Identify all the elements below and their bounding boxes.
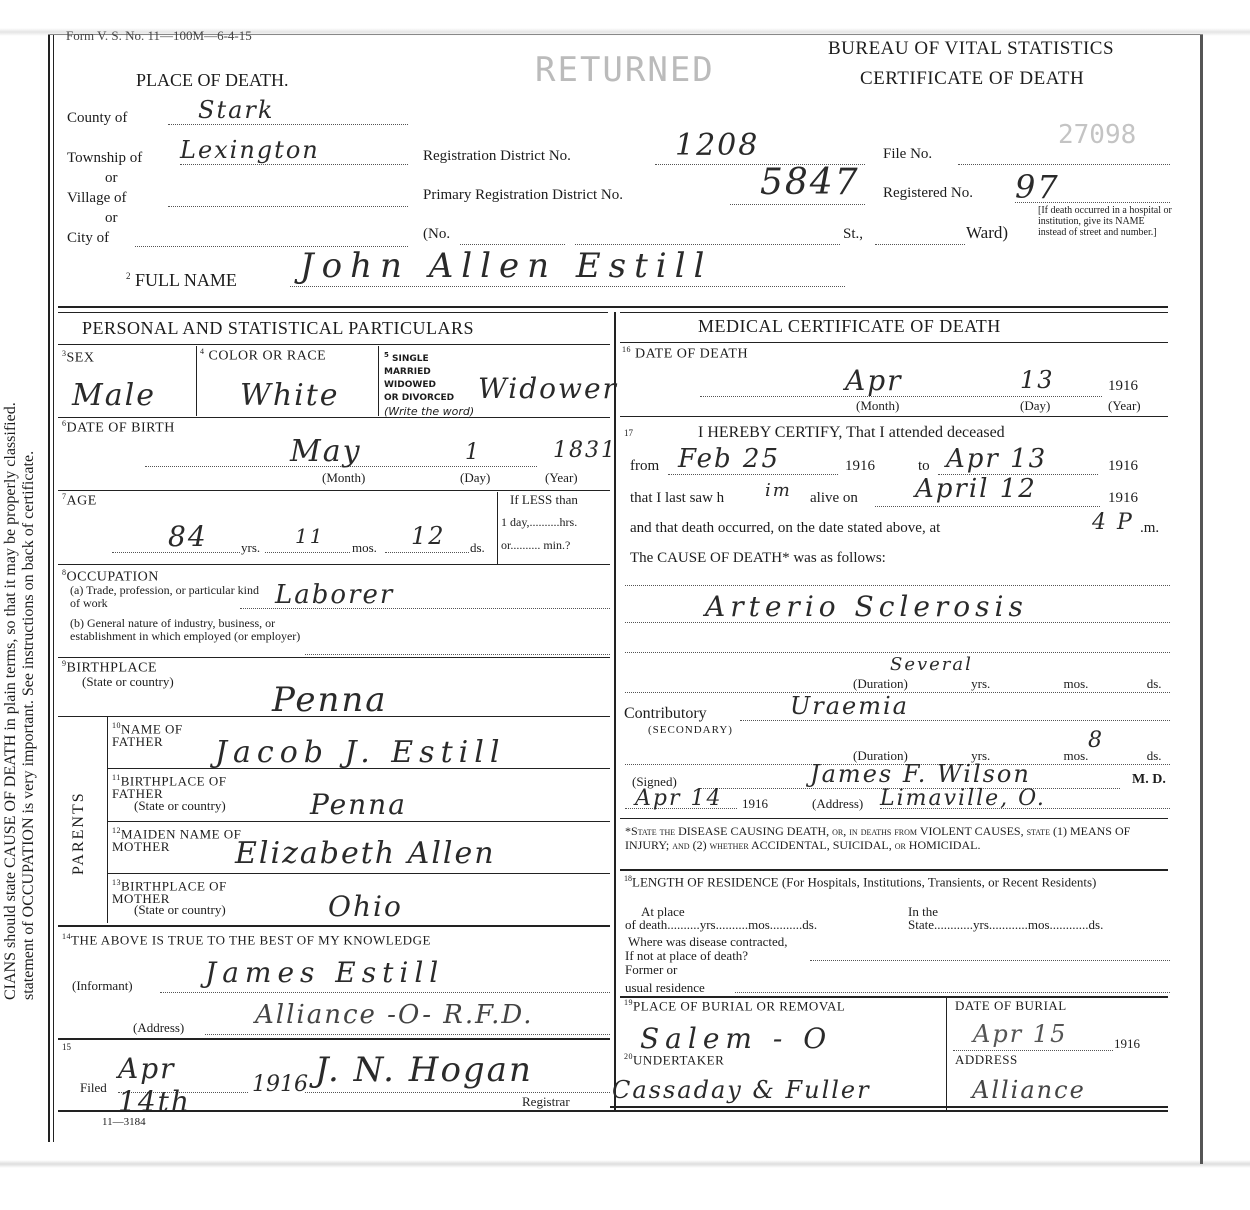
personal-heading: PERSONAL AND STATISTICAL PARTICULARS [82, 318, 474, 339]
sex-label-text: SEX [67, 351, 95, 366]
item-number: 16 [622, 345, 631, 354]
contributory-label: Contributory [624, 705, 707, 723]
undertaker-value[interactable]: Cassaday & Fuller [612, 1076, 871, 1104]
cause-value: Arterio Sclerosis [705, 590, 1028, 623]
informant-address-value: Alliance -O- R.F.D. [255, 1000, 534, 1030]
filed-year: 1916 [252, 1072, 308, 1097]
race-label: 4 COLOR OR RACE [200, 347, 326, 365]
frame-right [1200, 34, 1203, 1164]
last-saw-pronoun[interactable]: im [765, 480, 792, 501]
age-years-field[interactable]: 84 [112, 520, 240, 553]
burial-year[interactable]: 1916 [1114, 1036, 1140, 1052]
duration-mos-label: mos. [1064, 676, 1089, 691]
undertaker-label-text: UNDERTAKER [633, 1052, 724, 1067]
occupation-a-value: Laborer [275, 580, 394, 610]
village-label: Village of [67, 190, 127, 207]
attended-from-year[interactable]: 1916 [845, 458, 875, 475]
burial-place-label-text: PLACE OF BURIAL OR REMOVAL [633, 998, 845, 1013]
rule [620, 869, 1168, 871]
city-label: City of [67, 230, 109, 247]
rule [58, 490, 610, 491]
item-number: 5 [384, 351, 389, 359]
marital-value[interactable]: Widower [478, 372, 618, 405]
hospital-note: [If death occurred in a hospital or inst… [1038, 205, 1173, 238]
cause-line-3 [625, 640, 1170, 653]
item-number: 20 [624, 1052, 633, 1061]
informant-address-field[interactable]: Alliance -O- R.F.D. [205, 1000, 610, 1035]
rule [378, 346, 379, 416]
duration-label: (Duration) [853, 676, 908, 691]
ds-label: ds. [470, 540, 485, 556]
attended-to-value: Apr 13 [946, 444, 1047, 474]
duration-ds-label: ds. [1147, 676, 1162, 691]
dod-year-caption: (Year) [1108, 398, 1141, 414]
rule [610, 1106, 1168, 1108]
burial-date-label: DATE OF BURIAL [955, 998, 1067, 1014]
dod-day: 13 [1020, 366, 1055, 394]
sign-address-value: Limaville, O. [880, 786, 1046, 811]
or-label-2: or [105, 210, 118, 227]
sign-address-field[interactable]: Limaville, O. [880, 786, 1170, 809]
margin-line-cause: CIANS should state CAUSE OF DEATH in pla… [2, 0, 20, 1000]
secondary-label: (SECONDARY) [648, 724, 733, 736]
occupation-b-field[interactable] [305, 642, 610, 655]
registrar-label: Registrar [522, 1094, 570, 1110]
certificate-title: CERTIFICATE OF DEATH [860, 68, 1084, 90]
scan-artifact-bottom [0, 1160, 1250, 1168]
age-days-field[interactable]: 12 [385, 522, 469, 553]
sign-date-value: Apr 14 [635, 786, 722, 811]
ward-field[interactable] [875, 226, 965, 245]
mos-label: mos. [352, 540, 377, 556]
age-label: 7AGE [62, 492, 97, 510]
last-saw-label: that I last saw h [630, 490, 724, 507]
physician-signature: James F. Wilson [810, 760, 1031, 788]
at-place-of-death-field[interactable]: of death..........yrs..........mos......… [625, 917, 817, 933]
marital-option-divorced: OR DIVORCED [384, 393, 454, 403]
sex-value[interactable]: Male [72, 378, 156, 413]
burial-date-field[interactable]: Apr 15 [953, 1020, 1113, 1051]
full-name-field[interactable]: John Allen Estill [290, 246, 845, 287]
alive-on-field[interactable]: April 12 [875, 474, 1100, 507]
father-birthplace-value[interactable]: Penna [310, 788, 407, 821]
dob-field[interactable]: May 1 [145, 434, 537, 467]
full-name-value: John Allen Estill [300, 246, 712, 286]
rule [620, 818, 1168, 819]
less-than-label: If LESS than [510, 492, 578, 508]
attended-to-year[interactable]: 1916 [1108, 458, 1138, 475]
to-label: to [918, 458, 930, 475]
rule [497, 492, 498, 564]
physician-signature-field[interactable]: James F. Wilson [700, 760, 1120, 789]
form-number: Form V. S. No. 11—100M—6-4-15 [66, 28, 252, 44]
street-no-label: (No. [423, 226, 450, 243]
informant-label: (Informant) [72, 978, 133, 994]
dod-field[interactable]: Apr 13 [700, 364, 1102, 397]
age-months-value: 11 [295, 524, 324, 548]
mother-name-value[interactable]: Elizabeth Allen [235, 836, 496, 871]
rule [108, 821, 610, 822]
item-number: 4 [200, 347, 205, 356]
street-name-field[interactable] [575, 226, 840, 245]
rule [58, 1038, 610, 1040]
rule [620, 416, 1168, 417]
street-no-field[interactable] [460, 226, 565, 245]
place-of-death-heading: PLACE OF DEATH. [136, 70, 289, 91]
frame-left-inner [53, 34, 54, 1142]
rule [58, 657, 610, 658]
burial-place-label: 19PLACE OF BURIAL OR REMOVAL [624, 998, 845, 1014]
dod-label-text: DATE OF DEATH [635, 347, 748, 362]
mother-birthplace-label: 13BIRTHPLACE OF MOTHER [112, 876, 262, 905]
item-number: 2 [126, 271, 131, 281]
rule [58, 564, 610, 565]
column-divider [614, 312, 616, 1112]
one-day-field[interactable]: 1 day,..........hrs. [501, 515, 577, 530]
age-label-text: AGE [67, 494, 97, 509]
alive-on-label: alive on [810, 490, 858, 507]
registrar-signature: J. N. Hogan [315, 1050, 533, 1090]
attended-to-field[interactable]: Apr 13 [938, 444, 1098, 475]
township-field[interactable]: Lexington [180, 136, 408, 165]
village-field[interactable] [168, 186, 408, 207]
rule [58, 344, 610, 345]
father-name-label-text: NAME OF FATHER [112, 721, 183, 749]
marital-options: 5 SINGLE MARRIED WIDOWED OR DIVORCED (Wr… [384, 349, 474, 420]
birthplace-sub: (State or country) [82, 674, 174, 690]
dod-month-caption: (Month) [856, 398, 899, 414]
item-number: 10 [112, 721, 121, 730]
mother-birthplace-value[interactable]: Ohio [328, 890, 403, 923]
informant-field[interactable]: James Estill [160, 956, 610, 993]
father-birthplace-sub: (State or country) [134, 798, 226, 814]
contributory-field[interactable]: Uraemia [740, 692, 1170, 721]
cause-field[interactable]: Arterio Sclerosis [625, 590, 1170, 623]
undertaker-label: 20UNDERTAKER [624, 1052, 724, 1068]
race-label-text: COLOR OR RACE [209, 349, 327, 364]
race-value[interactable]: White [240, 378, 340, 413]
duration-line-1: (Duration) yrs. mos. ds. [625, 676, 1170, 693]
sign-date-field[interactable]: Apr 14 [625, 786, 737, 809]
residence-label: 18LENGTH OF RESIDENCE (For Hospitals, In… [624, 872, 1169, 889]
or-label-1: or [105, 170, 118, 187]
sex-label: 3SEX [62, 349, 94, 367]
frame-left-outer [48, 34, 50, 1142]
registrar-field[interactable]: J. N. Hogan [305, 1050, 610, 1093]
duration-value[interactable]: Several [890, 654, 973, 675]
dod-label: 16 DATE OF DEATH [622, 345, 748, 363]
section-divider-right [620, 312, 1168, 313]
item-number: 14 [62, 932, 71, 941]
cause-line-1 [625, 575, 1170, 586]
registered-no-value: 97 [1015, 168, 1060, 206]
true-label-text: THE ABOVE IS TRUE TO THE BEST OF MY KNOW… [71, 932, 431, 947]
primary-district-label: Primary Registration District No. [423, 187, 623, 204]
city-field[interactable] [135, 226, 408, 247]
informant-address-label: (Address) [133, 1020, 184, 1036]
rule [620, 342, 1168, 343]
sign-year[interactable]: 1916 [742, 796, 768, 812]
dod-day-caption: (Day) [1020, 398, 1050, 414]
contributory-value: Uraemia [790, 692, 909, 720]
minutes-field[interactable]: or.......... min.? [501, 538, 570, 553]
file-no-label: File No. [883, 146, 932, 163]
registered-no-field[interactable]: 97 [1015, 168, 1170, 203]
contracted-field[interactable] [810, 948, 1170, 961]
medical-heading: MEDICAL CERTIFICATE OF DEATH [698, 316, 1001, 337]
duration-yrs-label: yrs. [971, 676, 990, 691]
full-name-label-text: FULL NAME [135, 270, 237, 290]
township-label: Township of [67, 150, 142, 167]
burial-place-value[interactable]: Salem - O [640, 1022, 832, 1055]
former-label: Former or [625, 962, 677, 978]
footer-code: 11—3184 [102, 1116, 146, 1128]
county-label: County of [67, 110, 127, 127]
alive-on-value: April 12 [915, 474, 1037, 504]
occupation-b-label: (b) General nature of industry, business… [70, 617, 305, 643]
parents-label: PARENTS [70, 791, 88, 875]
rule [58, 417, 610, 418]
age-months-field[interactable]: 11 [265, 524, 350, 553]
dod-year[interactable]: 1916 [1108, 378, 1138, 395]
parents-divider [107, 717, 108, 923]
item-number: 19 [624, 998, 633, 1007]
item-number: 18 [624, 874, 632, 883]
mother-name-label-text: MAIDEN NAME OF MOTHER [112, 826, 241, 854]
filed-date-value: Apr 14th [118, 1052, 191, 1118]
death-time-value[interactable]: 4 P [1092, 510, 1134, 535]
age-years-value: 84 [168, 520, 208, 553]
marital-option-single: SINGLE [392, 354, 429, 364]
file-no-field[interactable] [958, 146, 1170, 165]
year-caption: (Year) [545, 470, 578, 486]
marital-option-widowed: WIDOWED [384, 380, 436, 390]
duration-ds-label: ds. [1147, 748, 1162, 763]
item-number: 12 [112, 826, 121, 835]
section-divider-left [58, 312, 608, 313]
section-divider [58, 306, 1168, 308]
cert-item-number: 17 [624, 428, 633, 438]
alive-on-year[interactable]: 1916 [1108, 490, 1138, 507]
dob-month: May [290, 434, 362, 469]
death-occurred-label: and that death occurred, on the date sta… [630, 520, 940, 537]
undertaker-address-label: ADDRESS [955, 1052, 1018, 1068]
registered-no-label: Registered No. [883, 185, 973, 202]
rule [108, 768, 610, 769]
dob-day: 1 [465, 440, 481, 465]
cause-of-death-label: The CAUSE OF DEATH* was as follows: [630, 550, 886, 567]
burial-date-value: Apr 15 [973, 1020, 1067, 1048]
age-days-value: 12 [411, 522, 446, 550]
undertaker-address-value[interactable]: Alliance [972, 1076, 1086, 1104]
day-caption: (Day) [460, 470, 490, 486]
primary-district-value: 5847 [760, 162, 860, 203]
attended-from-value: Feb 25 [678, 444, 780, 474]
ward-label: Ward) [966, 223, 1008, 243]
rule [108, 873, 610, 874]
am-pm-label: .m. [1140, 520, 1159, 537]
item-number: 11 [112, 773, 121, 782]
father-name-value[interactable]: Jacob J. Estill [215, 735, 505, 770]
dod-month: Apr [845, 364, 903, 397]
usual-residence-label: usual residence [625, 980, 705, 996]
birthplace-value[interactable]: Penna [272, 680, 388, 720]
bureau-title: BUREAU OF VITAL STATISTICS [828, 38, 1114, 60]
filed-date-field[interactable]: Apr 14th [118, 1052, 248, 1093]
item-number: 13 [112, 878, 121, 887]
filed-label: Filed [80, 1080, 107, 1096]
occupation-a-field[interactable]: Laborer [240, 580, 610, 609]
dob-year[interactable]: 1831 [553, 438, 617, 463]
usual-residence-field[interactable] [735, 980, 1170, 993]
margin-instructions: CIANS should state CAUSE OF DEATH in pla… [2, 0, 38, 1000]
burial-divider [946, 998, 947, 1110]
full-name-label: 2 FULL NAME [126, 270, 237, 291]
mother-birthplace-sub: (State or country) [134, 902, 226, 918]
from-label: from [630, 458, 659, 475]
informant-value: James Estill [205, 956, 444, 989]
rule [58, 925, 610, 927]
marital-option-married: MARRIED [384, 367, 431, 377]
father-name-label: 10NAME OF FATHER [112, 719, 222, 748]
street-label: St., [843, 226, 863, 243]
bottom-rule [58, 1110, 1168, 1112]
certify-statement: I HEREBY CERTIFY, That I attended deceas… [698, 424, 1005, 442]
returned-stamp: RETURNED [535, 50, 715, 90]
cause-footnote: *State the DISEASE CAUSING DEATH, or, in… [625, 824, 1170, 852]
registration-district-label: Registration District No. [423, 148, 571, 165]
true-label: 14THE ABOVE IS TRUE TO THE BEST OF MY KN… [62, 932, 431, 948]
sign-address-label: (Address) [812, 796, 863, 812]
in-state-field[interactable]: State............yrs............mos.....… [908, 917, 1103, 933]
rule [196, 346, 197, 416]
filed-item-number: 15 [62, 1042, 71, 1052]
father-birthplace-label: 11BIRTHPLACE OF FATHER [112, 771, 262, 800]
registration-district-field[interactable]: 1208 [655, 128, 865, 165]
registration-district-value: 1208 [675, 128, 759, 163]
attended-from-field[interactable]: Feb 25 [668, 444, 838, 475]
county-value: Stark [198, 96, 274, 124]
margin-line-occupation: statement of OCCUPATION is very importan… [20, 0, 38, 1000]
county-field[interactable]: Stark [168, 96, 408, 125]
residence-label-text: LENGTH OF RESIDENCE (For Hospitals, Inst… [632, 874, 1096, 889]
rule [58, 716, 610, 717]
yrs-label: yrs. [241, 540, 260, 556]
month-caption: (Month) [322, 470, 365, 486]
township-value: Lexington [180, 136, 320, 164]
primary-district-field[interactable]: 5847 [730, 162, 865, 205]
